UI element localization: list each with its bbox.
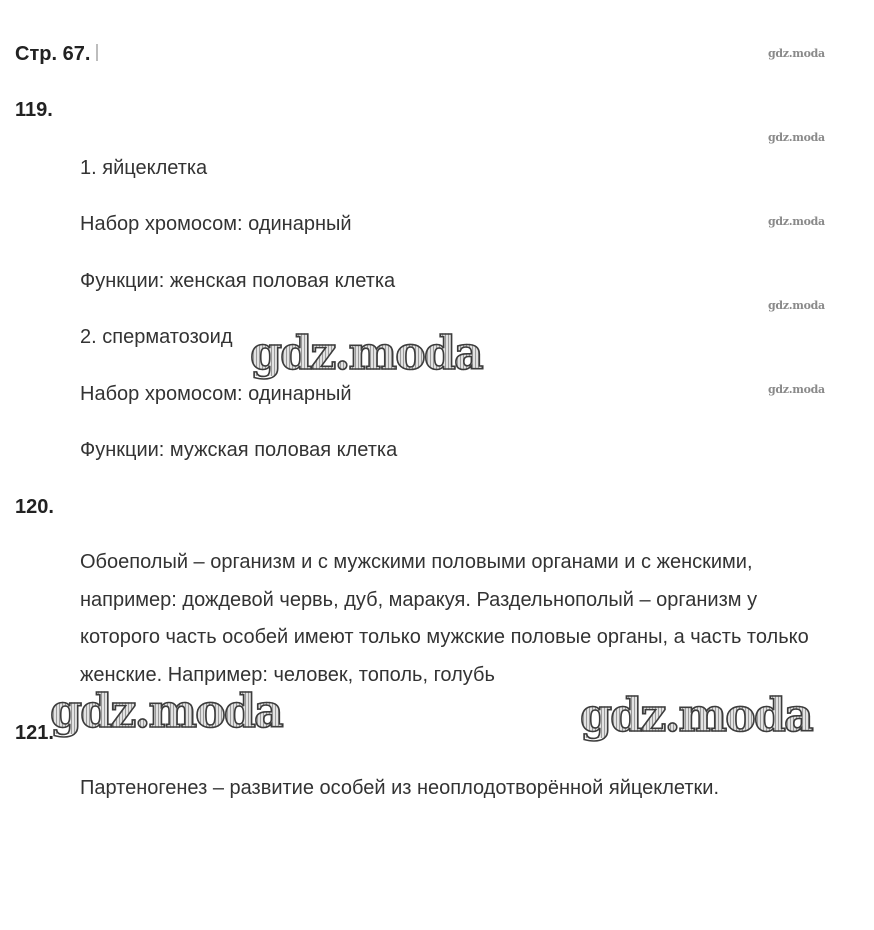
task-119-line-chromosome-set-2: Набор хромосом: одинарный (80, 383, 352, 406)
task-119-line-egg-cell: 1. яйцеклетка (80, 157, 207, 180)
watermark-small: gdz.moda (768, 47, 825, 60)
watermark-large: gdz.moda (250, 330, 482, 376)
watermark-small: gdz.moda (768, 299, 825, 312)
watermark-large: gdz.moda (50, 688, 282, 734)
page-heading: Стр. 67. (15, 43, 98, 66)
text-cursor-mark (96, 44, 98, 61)
task-120-answer: Обоеполый – организм и с мужскими половы… (80, 544, 840, 694)
task-121-answer: Партеногенез – развитие особей из неопло… (80, 777, 719, 800)
watermark-small: gdz.moda (768, 131, 825, 144)
watermark-small: gdz.moda (768, 215, 825, 228)
task-121-number: 121. (15, 722, 54, 745)
page-heading-text: Стр. 67. (15, 43, 90, 65)
watermark-large: gdz.moda (580, 692, 812, 738)
task-119-line-sperm-cell: 2. сперматозоид (80, 326, 233, 349)
task-119-line-function-2: Функции: мужская половая клетка (80, 439, 397, 462)
task-119-line-function-1: Функции: женская половая клетка (80, 270, 395, 293)
task-120-number: 120. (15, 496, 54, 519)
watermark-small: gdz.moda (768, 383, 825, 396)
task-119-number: 119. (15, 99, 53, 122)
task-119-line-chromosome-set-1: Набор хромосом: одинарный (80, 213, 352, 236)
